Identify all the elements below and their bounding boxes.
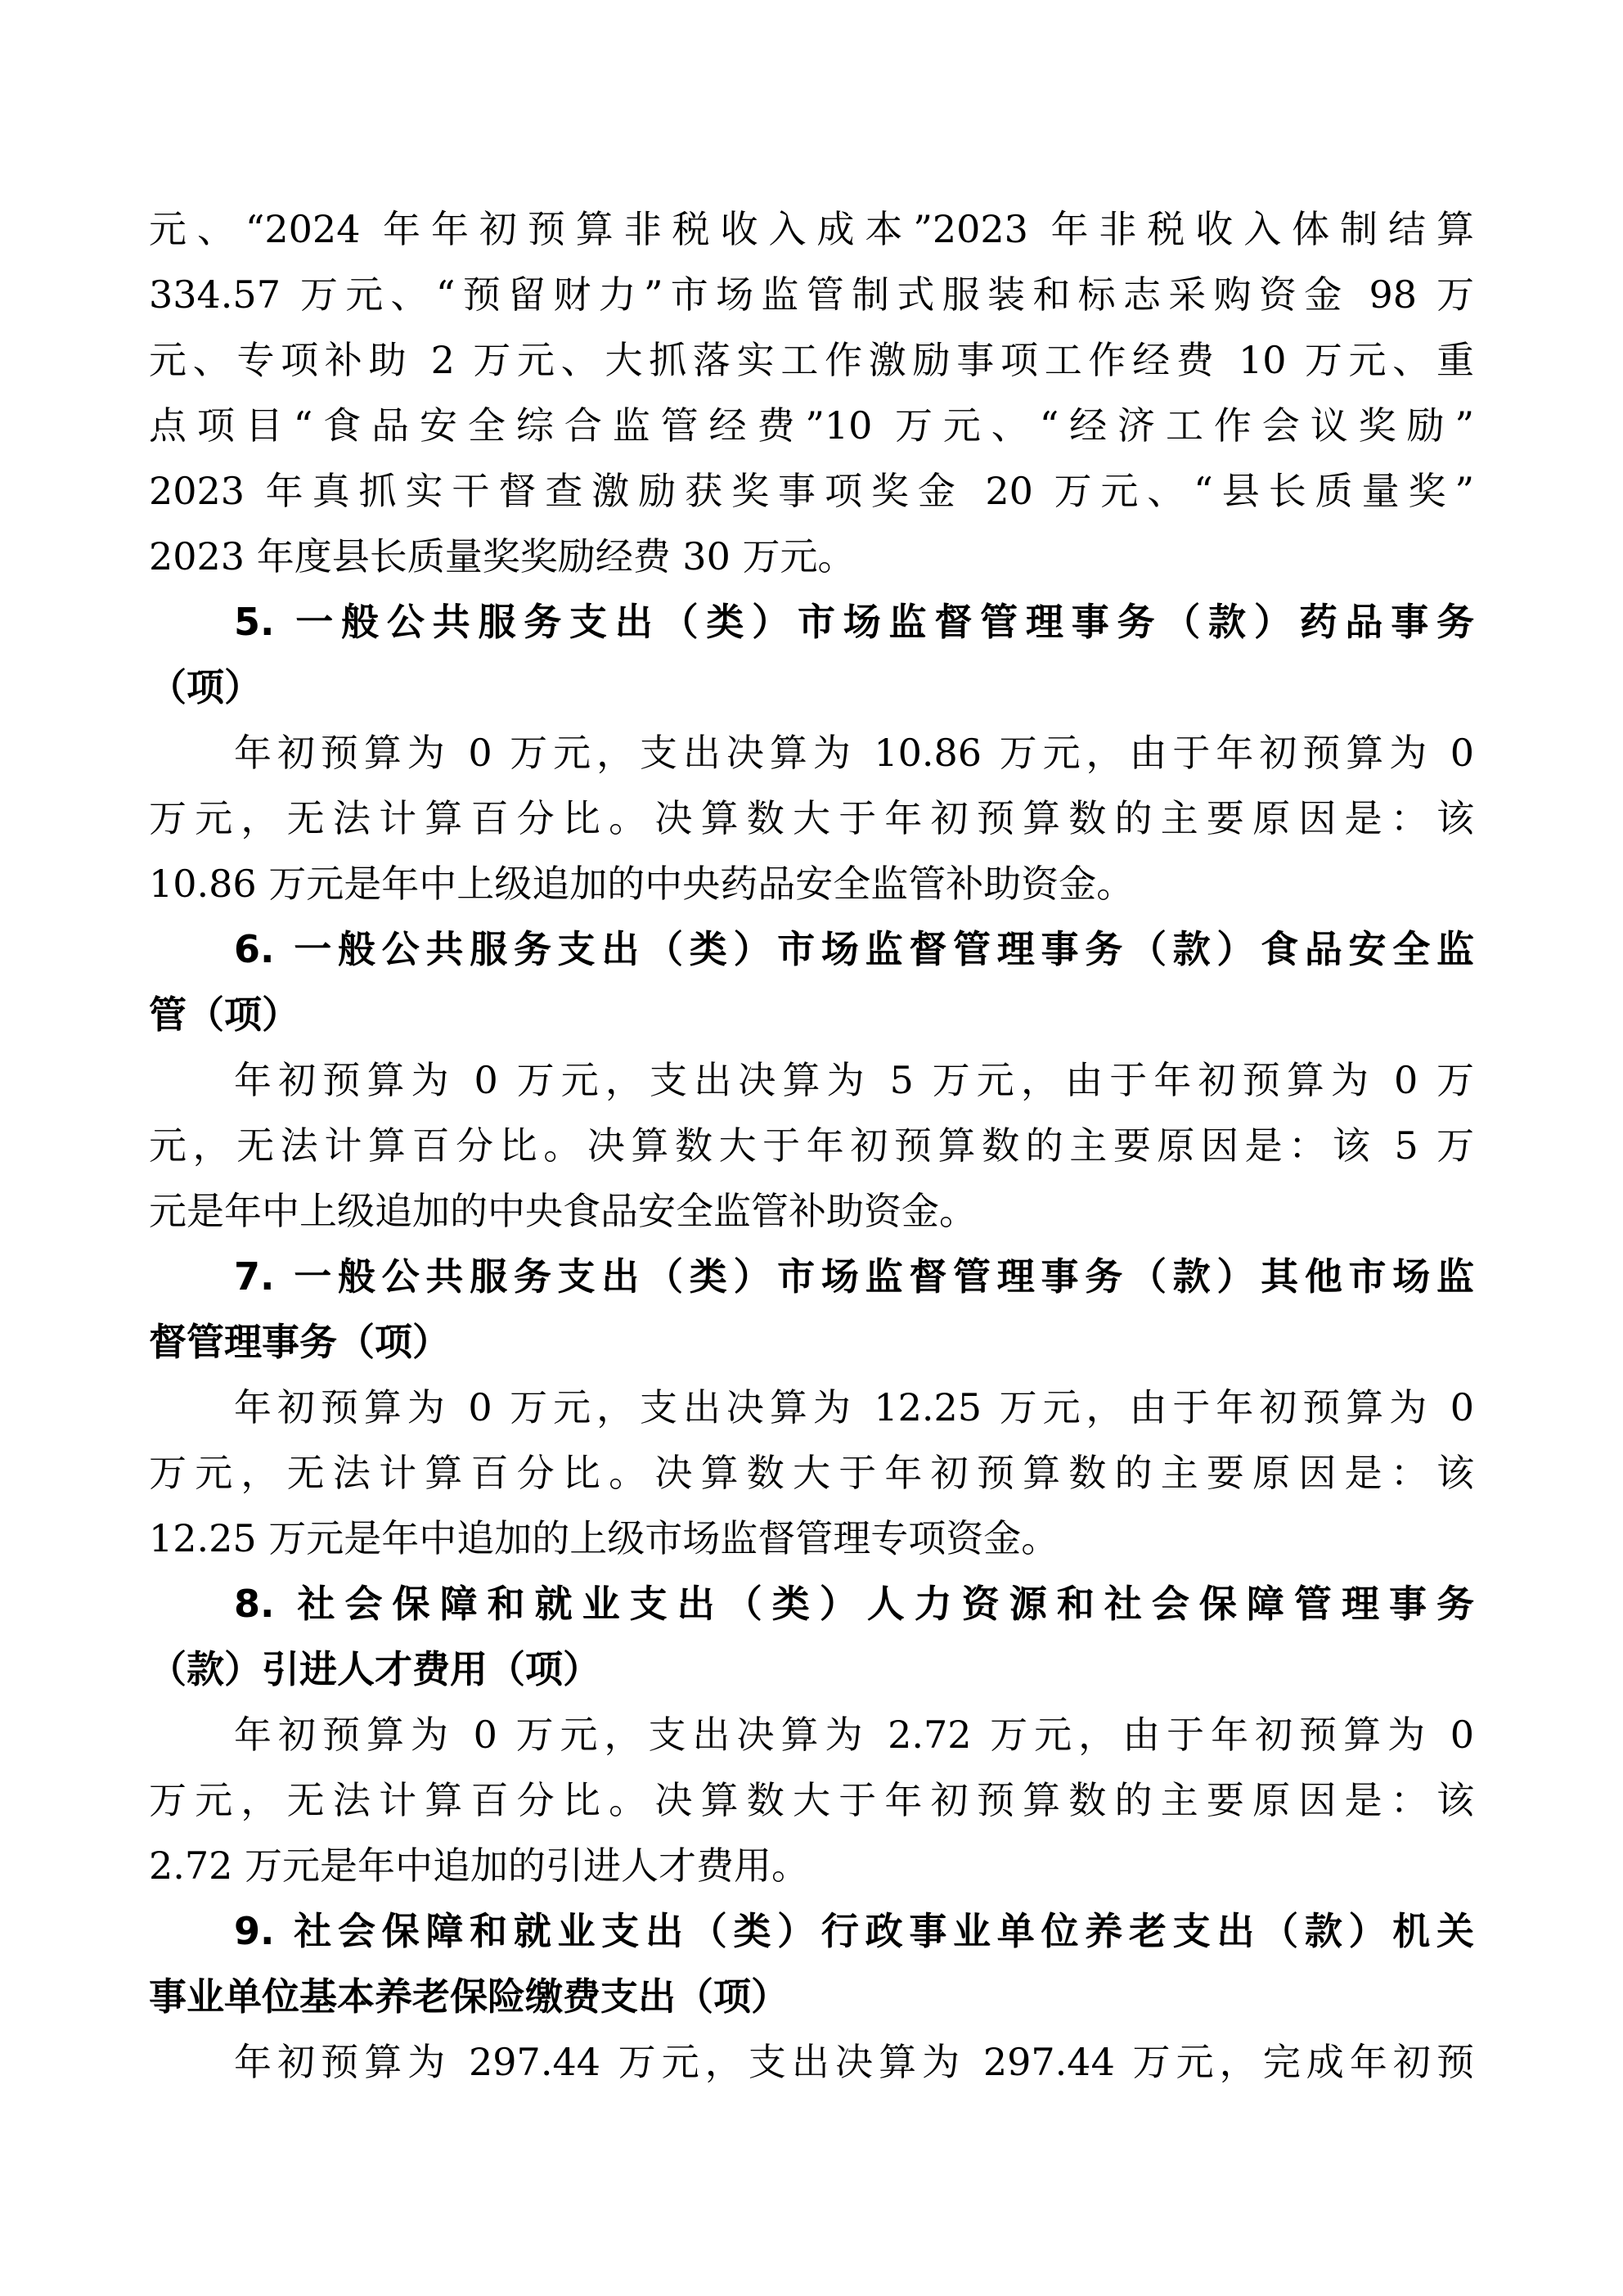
paragraph: 年初预算为 0 万元，支出决算为 12.25 万元，由于年初预算为 0万元，无法… [149,1375,1474,1571]
body-line: 10.86 万元是年中上级追加的中央药品安全监管补助资金。 [149,851,1474,916]
paragraph: 年初预算为 297.44 万元，支出决算为 297.44 万元，完成年初预 [149,2029,1474,2095]
heading-line: 7. 一般公共服务支出（类）市场监督管理事务（款）其他市场监 [149,1244,1474,1309]
heading-line: （项） [149,655,1474,720]
body-line: 点项目“食品安全综合监管经费”10 万元、“经济工作会议奖励” [149,393,1474,458]
body-line: 2023 年真抓实干督查激励获奖事项奖金 20 万元、“县长质量奖” [149,458,1474,524]
section-heading: 6. 一般公共服务支出（类）市场监督管理事务（款）食品安全监管（项） [149,916,1474,1047]
body-line: 元、“2024 年年初预算非税收入成本”2023 年非税收入体制结算 [149,196,1474,262]
body-line: 万元，无法计算百分比。决算数大于年初预算数的主要原因是：该 [149,1767,1474,1833]
body-line: 年初预算为 0 万元，支出决算为 12.25 万元，由于年初预算为 0 [149,1375,1474,1440]
paragraph: 年初预算为 0 万元，支出决算为 10.86 万元，由于年初预算为 0万元，无法… [149,720,1474,916]
body-line: 万元，无法计算百分比。决算数大于年初预算数的主要原因是：该 [149,1440,1474,1506]
heading-line: 管（项） [149,982,1474,1047]
section-heading: 7. 一般公共服务支出（类）市场监督管理事务（款）其他市场监督管理事务（项） [149,1244,1474,1375]
paragraph: 年初预算为 0 万元，支出决算为 5 万元，由于年初预算为 0 万元，无法计算百… [149,1047,1474,1244]
body-line: 元是年中上级追加的中央食品安全监管补助资金。 [149,1178,1474,1244]
section-heading: 5. 一般公共服务支出（类）市场监督管理事务（款）药品事务（项） [149,589,1474,720]
document-content: 元、“2024 年年初预算非税收入成本”2023 年非税收入体制结算334.57… [149,196,1474,2095]
body-line: 334.57 万元、“预留财力”市场监管制式服装和标志采购资金 98 万 [149,262,1474,327]
body-line: 年初预算为 0 万元，支出决算为 5 万元，由于年初预算为 0 万 [149,1047,1474,1113]
heading-line: 9. 社会保障和就业支出（类）行政事业单位养老支出（款）机关 [149,1898,1474,1964]
body-line: 12.25 万元是年中追加的上级市场监督管理专项资金。 [149,1506,1474,1571]
body-line: 年初预算为 0 万元，支出决算为 2.72 万元，由于年初预算为 0 [149,1702,1474,1767]
section-heading: 8. 社会保障和就业支出（类）人力资源和社会保障管理事务（款）引进人才费用（项） [149,1571,1474,1702]
paragraph: 元、“2024 年年初预算非税收入成本”2023 年非税收入体制结算334.57… [149,196,1474,589]
heading-line: 6. 一般公共服务支出（类）市场监督管理事务（款）食品安全监 [149,916,1474,982]
document-page: 元、“2024 年年初预算非税收入成本”2023 年非税收入体制结算334.57… [0,0,1623,2296]
heading-line: 8. 社会保障和就业支出（类）人力资源和社会保障管理事务 [149,1571,1474,1636]
body-line: 年初预算为 0 万元，支出决算为 10.86 万元，由于年初预算为 0 [149,720,1474,786]
body-line: 2023 年度县长质量奖奖励经费 30 万元。 [149,524,1474,589]
section-heading: 9. 社会保障和就业支出（类）行政事业单位养老支出（款）机关事业单位基本养老保险… [149,1898,1474,2029]
paragraph: 年初预算为 0 万元，支出决算为 2.72 万元，由于年初预算为 0万元，无法计… [149,1702,1474,1898]
body-line: 2.72 万元是年中追加的引进人才费用。 [149,1833,1474,1898]
body-line: 元，无法计算百分比。决算数大于年初预算数的主要原因是：该 5 万 [149,1113,1474,1178]
heading-line: 督管理事务（项） [149,1309,1474,1375]
heading-line: 事业单位基本养老保险缴费支出（项） [149,1964,1474,2029]
heading-line: 5. 一般公共服务支出（类）市场监督管理事务（款）药品事务 [149,589,1474,655]
heading-line: （款）引进人才费用（项） [149,1636,1474,1702]
body-line: 万元，无法计算百分比。决算数大于年初预算数的主要原因是：该 [149,786,1474,851]
body-line: 元、专项补助 2 万元、大抓落实工作激励事项工作经费 10 万元、重 [149,327,1474,393]
body-line: 年初预算为 297.44 万元，支出决算为 297.44 万元，完成年初预 [149,2029,1474,2095]
